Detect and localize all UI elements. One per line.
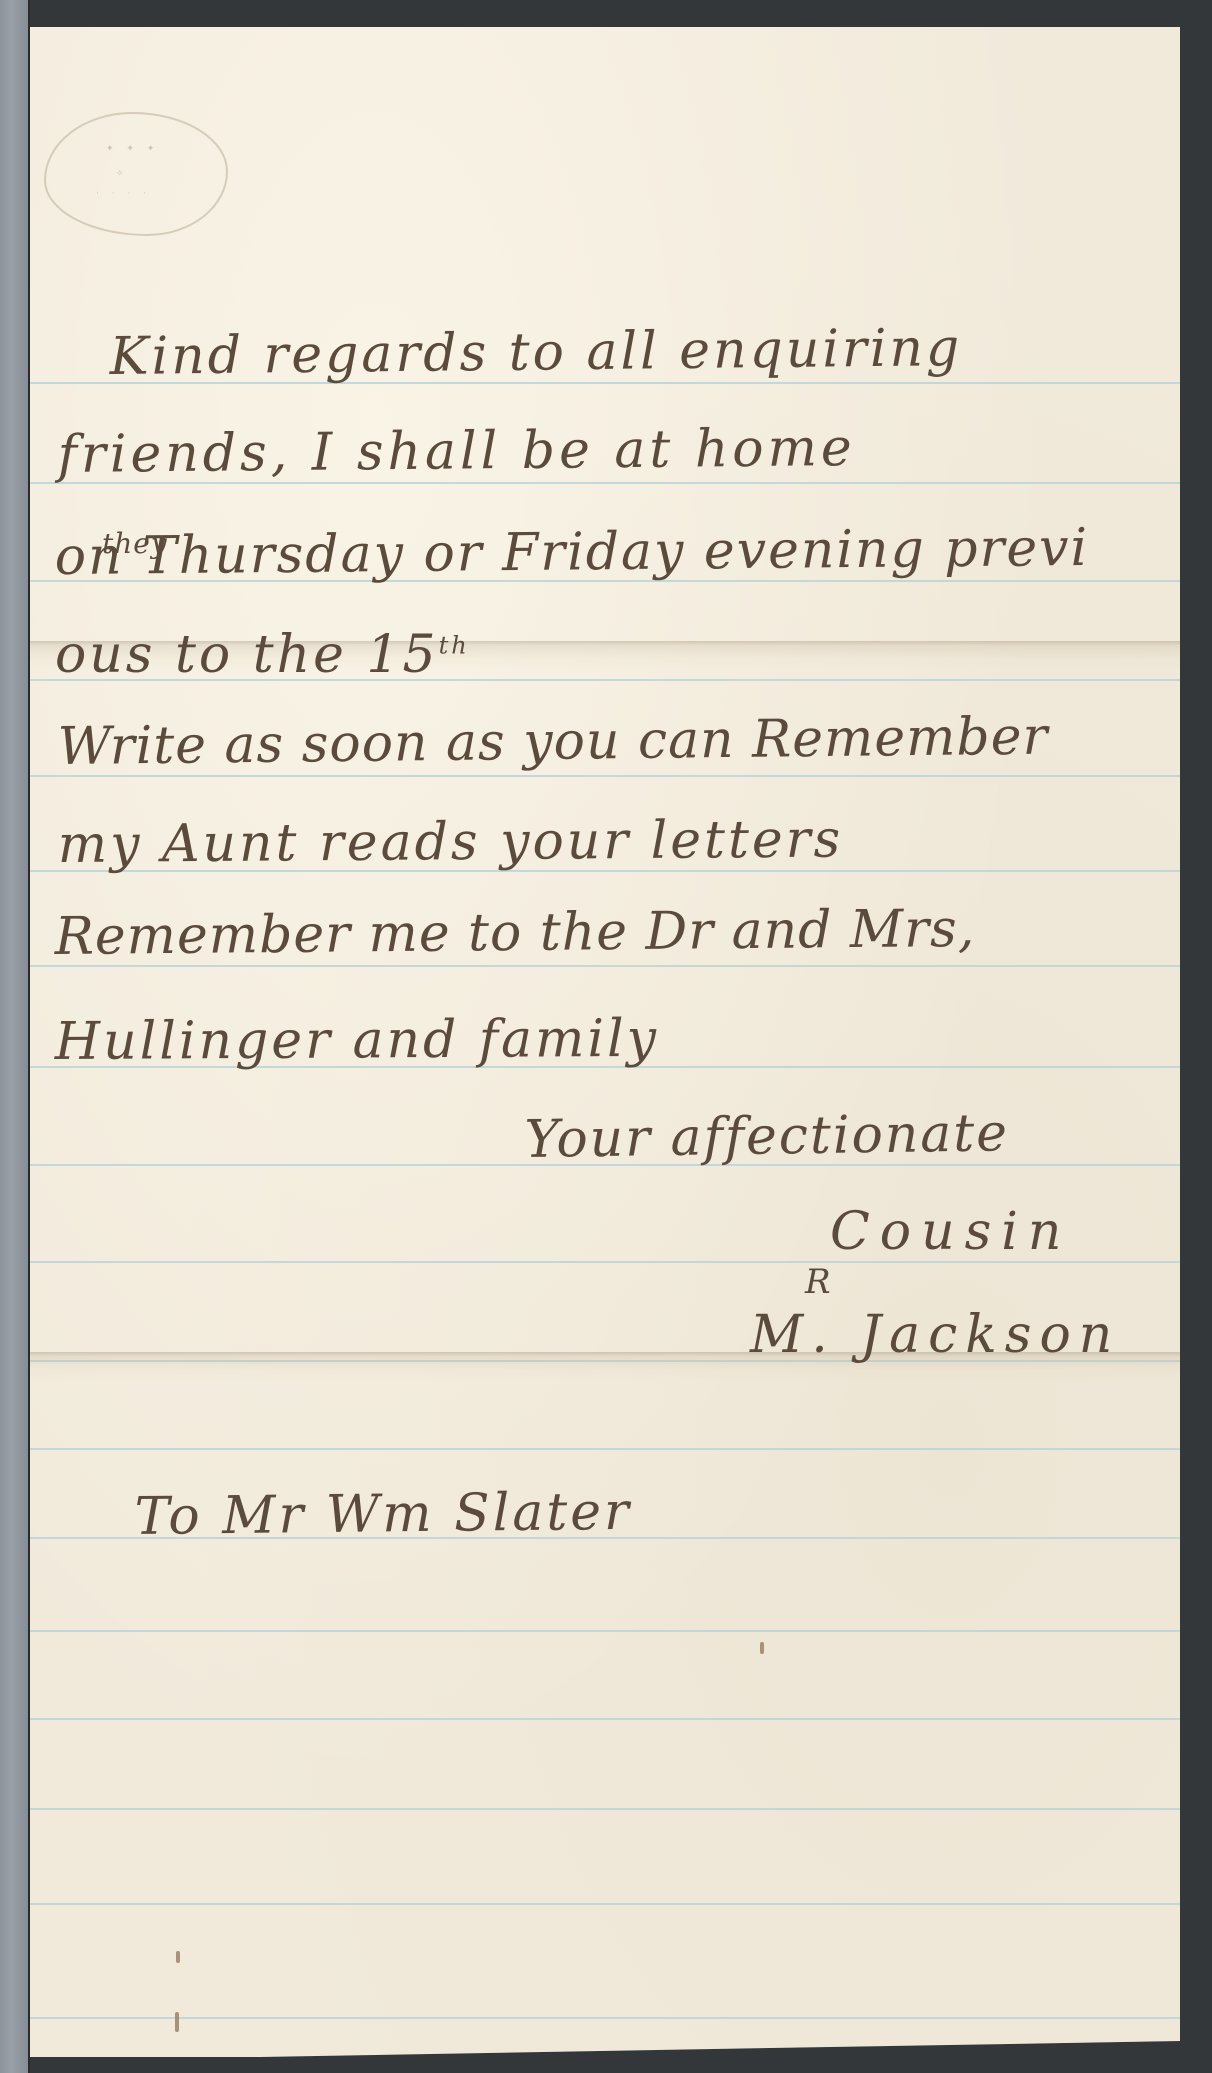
recipient-address: To Mr Wm Slater xyxy=(134,1482,632,1547)
signature-initial: R xyxy=(805,1262,832,1302)
letter-line-2: friends, I shall be at home xyxy=(57,418,855,485)
letter-line-4: ous to the 15th xyxy=(55,625,470,685)
ruled-line xyxy=(30,2017,1180,2019)
ruled-line xyxy=(30,1808,1180,1810)
ruled-line xyxy=(30,1903,1180,1905)
ink-speck xyxy=(760,1642,764,1654)
ruled-line xyxy=(30,1718,1180,1720)
letter-line-3: on Thursday or Friday evening previ xyxy=(54,518,1089,587)
embossed-stamp: ✦ ✦ ✦ ✧ · · · · xyxy=(44,112,228,236)
valediction: Your affectionate xyxy=(524,1103,1009,1170)
letter-line-8: Hullinger and family xyxy=(55,1009,659,1072)
letter-line-1: Kind regards to all enquiring xyxy=(109,318,962,387)
binding-strip xyxy=(0,0,30,2073)
signature: M. Jackson xyxy=(750,1305,1120,1365)
ruled-line xyxy=(30,1630,1180,1632)
letter-page: ✦ ✦ ✦ ✧ · · · · Kind regards to all enqu… xyxy=(30,27,1180,2057)
relation: Cousin xyxy=(830,1202,1071,1262)
ruled-line xyxy=(30,1448,1180,1450)
letter-line-6: my Aunt reads your letters xyxy=(58,810,844,875)
letter-line-7: Remember me to the Dr and Mrs, xyxy=(54,899,975,967)
ink-speck xyxy=(176,1951,180,1963)
ink-speck xyxy=(175,2012,179,2032)
letter-line-5: Write as soon as you can Remember xyxy=(57,707,1048,777)
